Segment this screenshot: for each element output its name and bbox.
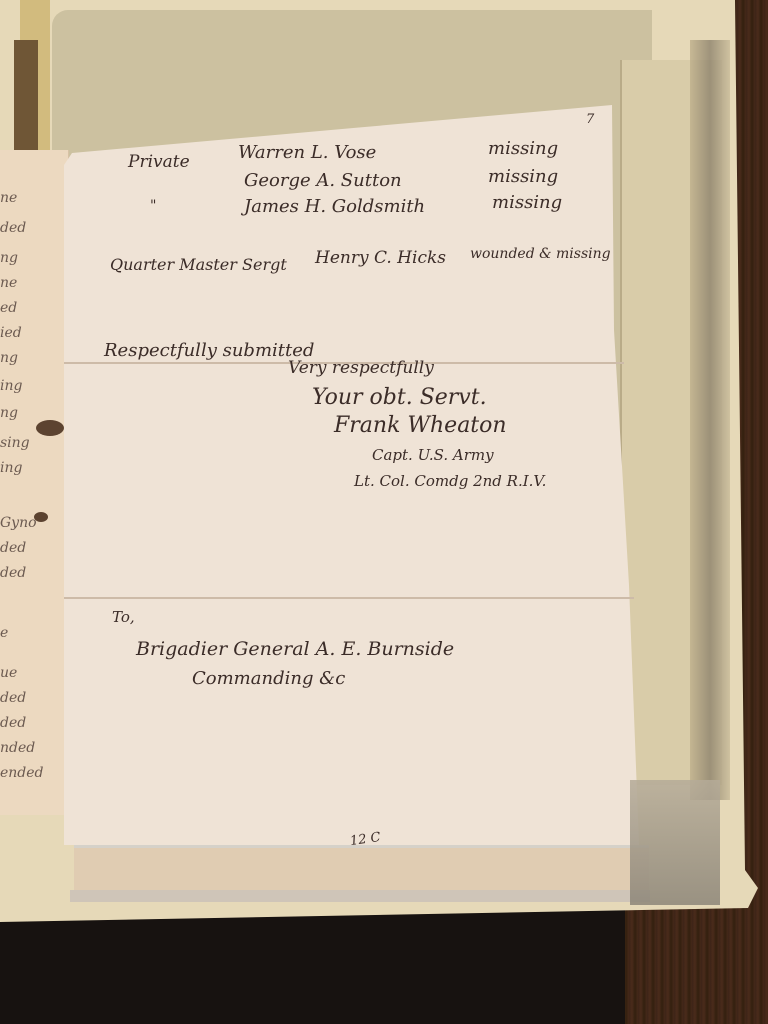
page-number: 7 <box>586 112 594 127</box>
qm-rank: Quarter Master Sergt <box>110 255 287 274</box>
qm-name: Henry C. Hicks <box>315 248 446 268</box>
left-page-line: ng <box>0 405 60 421</box>
left-page-line: ded <box>0 715 60 731</box>
folded-sheets-edge <box>70 890 650 902</box>
left-page-line: ne <box>0 190 60 206</box>
left-page-line: ied <box>0 325 60 341</box>
torn-hole <box>34 512 48 522</box>
roster-name: George A. Sutton <box>244 170 402 191</box>
ditto-mark: " <box>150 198 156 214</box>
fold-crease <box>64 597 634 599</box>
left-page-line: ing <box>0 460 60 476</box>
roster-rank: Private <box>128 152 190 172</box>
left-page-line: e <box>0 625 60 641</box>
roster-name: James H. Goldsmith <box>244 196 425 217</box>
left-page-line: ded <box>0 220 60 236</box>
left-facing-page: ne ded ng ne ed ied ng ing ng sing ing G… <box>0 150 69 815</box>
roster-status: missing <box>488 166 558 187</box>
roster-status: missing <box>488 138 558 159</box>
left-page-line: ded <box>0 540 60 556</box>
valediction: Very respectfully <box>288 358 434 378</box>
left-page-line: ne <box>0 275 60 291</box>
left-page-line: ng <box>0 350 60 366</box>
left-page-line: ded <box>0 690 60 706</box>
dark-desk-mat <box>0 910 625 1024</box>
recipient: Brigadier General A. E. Burnside <box>136 638 454 660</box>
left-page-line: ended <box>0 765 60 781</box>
roster-status: missing <box>492 192 562 213</box>
left-page-line: ing <box>0 378 60 394</box>
torn-hole <box>36 420 64 436</box>
plastic-sleeve-corner <box>630 780 720 905</box>
folder-spine-shadow <box>14 40 38 155</box>
roster-name: Warren L. Vose <box>238 142 376 163</box>
address-to: To, <box>112 608 135 626</box>
signature-name: Frank Wheaton <box>334 413 507 438</box>
left-page-line: nded <box>0 740 60 756</box>
plastic-sleeve-edge <box>690 40 730 800</box>
left-page-line: ng <box>0 250 60 266</box>
closing-text: Respectfully submitted <box>104 340 314 361</box>
servant-line: Your obt. Servt. <box>312 385 487 410</box>
left-page-line: ded <box>0 565 60 581</box>
signature-title-2: Lt. Col. Comdg 2nd R.I.V. <box>354 472 546 490</box>
left-page-line: sing <box>0 435 60 451</box>
qm-status: wounded & missing <box>470 246 611 262</box>
signature-title-1: Capt. U.S. Army <box>372 446 494 464</box>
left-page-line: Gyno <box>0 515 60 531</box>
left-page-line: ed <box>0 300 60 316</box>
recipient-title: Commanding &c <box>192 668 345 689</box>
left-page-line: ue <box>0 665 60 681</box>
